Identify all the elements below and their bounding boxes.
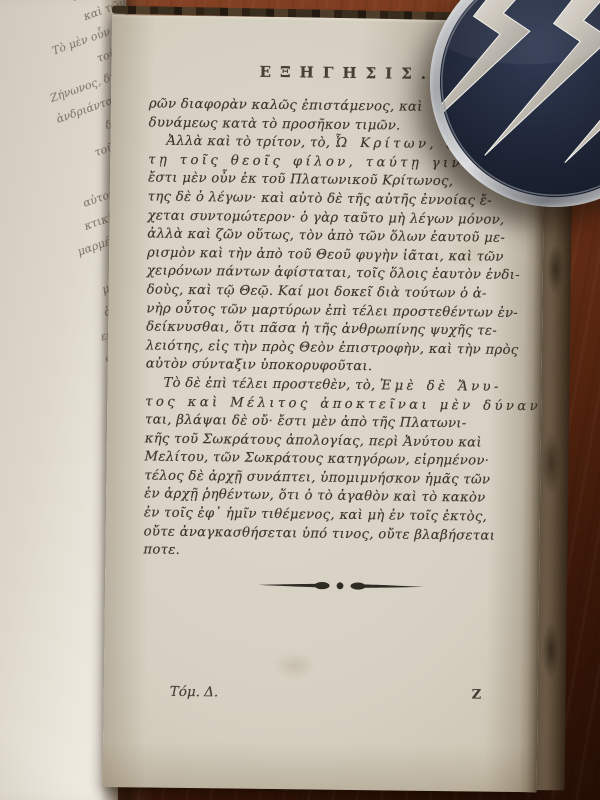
text-segment: κῆς τοῦ Σωκράτους ἀπολογίας, περὶ Ἀνύτου…: [145, 431, 482, 450]
ornament-rule-icon: [256, 579, 426, 593]
text-segment: ἔστι μὲν οὖν ἐκ τοῦ Πλατωνικοῦ Κρίτωνος,: [148, 171, 453, 190]
text-segment: ἀλλὰ καὶ ζῶν οὕτως, τὸν ἀπὸ τῶν ὅλων ἑαυ…: [147, 227, 505, 246]
text-segment: ἐν τοῖς ἐφ᾽ ἡμῖν τιθέμενος, καὶ μὴ ἐν το…: [144, 505, 487, 524]
text-segment: ποτε.: [143, 543, 180, 558]
text-segment: Μελίτου, τῶν Σωκράτους κατηγόρων, εἰρημέ…: [145, 450, 490, 469]
text-segment: Τὸ δὲ ἐπὶ τέλει προστεθὲν, τὸ,: [163, 376, 380, 394]
text-segment: ἐν ἀρχῇ ῥηθέντων, ὅτι ὁ τὸ ἀγαθὸν καὶ τὸ…: [144, 487, 486, 506]
text-segment: οὔτε ἀναγκασθήσεται ὑπό τινος, οὔτε βλαβ…: [144, 524, 496, 543]
page-footer: Τόμ. Δ. Z: [142, 683, 538, 712]
open-book-photo: ωθέντα, ἄρακαὶ τῶν ἐπὶΤὸ μὲν οὖν πρῶτοντ…: [0, 0, 600, 800]
text-segment: νὴρ οὗτος τῶν μαρτύρων ἐπὶ τέλει προστεθ…: [146, 301, 518, 321]
text-segment: τέλος δὲ ἀρχῇ συνάπτει, ὑπομιμνήσκον ἡμᾶ…: [144, 468, 490, 487]
text-segment: δοὺς, καὶ τῷ Θεῷ. Καί μοι δοκεῖ διὰ τούτ…: [147, 282, 487, 301]
text-segment: αὐτὸν σύνταξιν ὑποκορυφοῦται.: [146, 357, 373, 375]
signature-mark: Z: [472, 687, 482, 702]
text-segment: Ἀλλὰ καὶ τὸ τρίτον, τὸ,: [166, 134, 335, 151]
text-segment: δυνάμεως κατὰ τὸ προσῆκον τιμῶν.: [149, 115, 401, 133]
text-segment: χειρόνων πάντων ἀφίσταται, τοῖς ὅλοις ἑα…: [147, 264, 520, 284]
text-segment: ρῶν διαφορὰν καλῶς ἐπιστάμενος, καὶ: [149, 96, 423, 114]
volume-label: Τόμ. Δ.: [170, 684, 219, 701]
spaced-text-segment: Ἐμὲ δὲ Ἄνυ-: [380, 378, 502, 394]
spaced-text-segment: τος καὶ Μέλιτος ἀποκτεῖναι μὲν δύναν-: [145, 394, 546, 414]
text-segment: της δὲ ὁ λέγων· καὶ αὐτὸ δὲ τῆς αὐτῆς ἐν…: [148, 189, 492, 208]
text-segment: δείκνυσθαι, ὅτι πᾶσα ἡ τῆς ἀνθρωπίνης ψυ…: [146, 320, 497, 339]
text-segment: ται, βλάψαι δὲ οὔ· ἔστι μὲν ἀπὸ τῆς Πλατ…: [145, 413, 467, 432]
text-segment: χεται συντομώτερον· ὁ γὰρ ταῦτο μὴ λέγων…: [147, 208, 504, 227]
text-segment: λειότης, εἰς τὴν πρὸς Θεὸν ἐπιστροφὴν, κ…: [146, 338, 519, 358]
text-segment: ρισμὸν καὶ τὴν ἀπὸ τοῦ Θεοῦ φυγὴν ἰᾶται,…: [147, 245, 504, 264]
